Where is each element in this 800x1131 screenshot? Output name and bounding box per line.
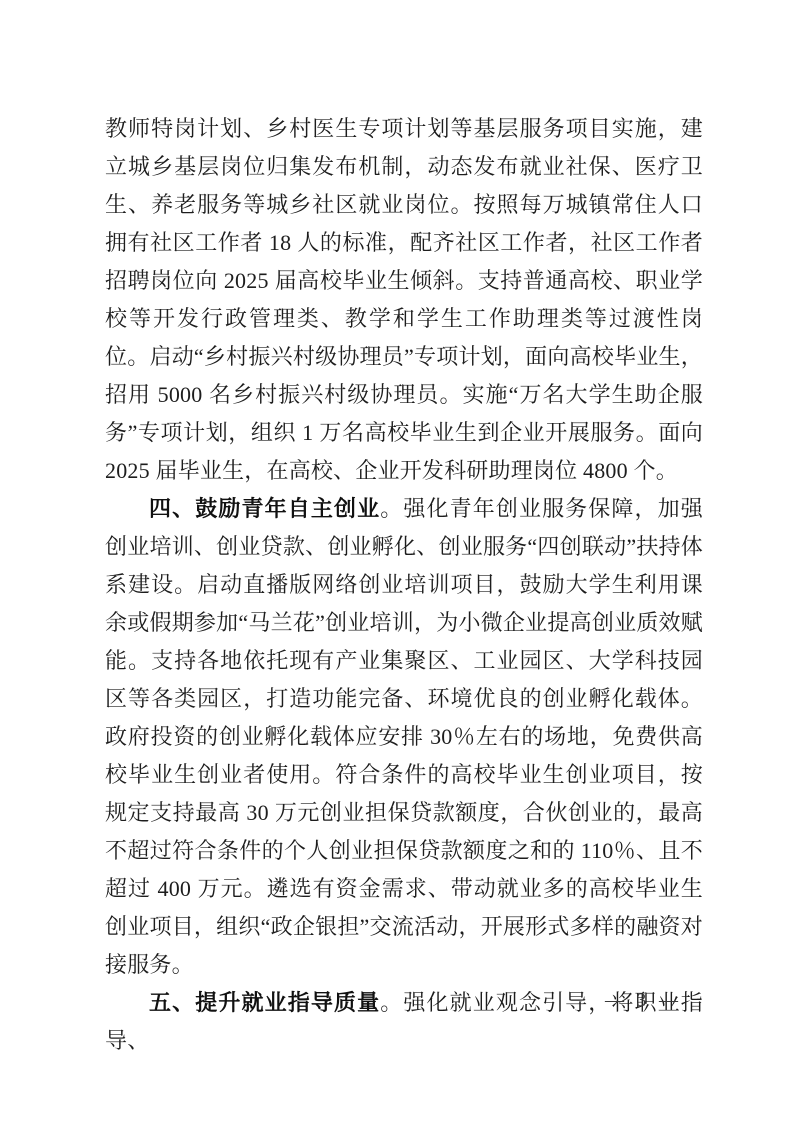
document-body: 教师特岗计划、乡村医生专项计划等基层服务项目实施，建立城乡基层岗位归集发布机制，… <box>105 110 703 1060</box>
section-heading-5: 五、提升就业指导质量 <box>149 990 380 1015</box>
section-body-4: 。强化青年创业服务保障，加强创业培训、创业贷款、创业孵化、创业服务“四创联动”扶… <box>105 496 703 977</box>
paragraph-section-4: 四、鼓励青年自主创业。强化青年创业服务保障，加强创业培训、创业贷款、创业孵化、创… <box>105 490 703 984</box>
section-heading-4: 四、鼓励青年自主创业 <box>149 496 380 521</box>
page-number: — 3 — <box>605 990 682 1012</box>
document-page: 教师特岗计划、乡村医生专项计划等基层服务项目实施，建立城乡基层岗位归集发布机制，… <box>0 0 800 1131</box>
paragraph-continuation: 教师特岗计划、乡村医生专项计划等基层服务项目实施，建立城乡基层岗位归集发布机制，… <box>105 110 703 490</box>
